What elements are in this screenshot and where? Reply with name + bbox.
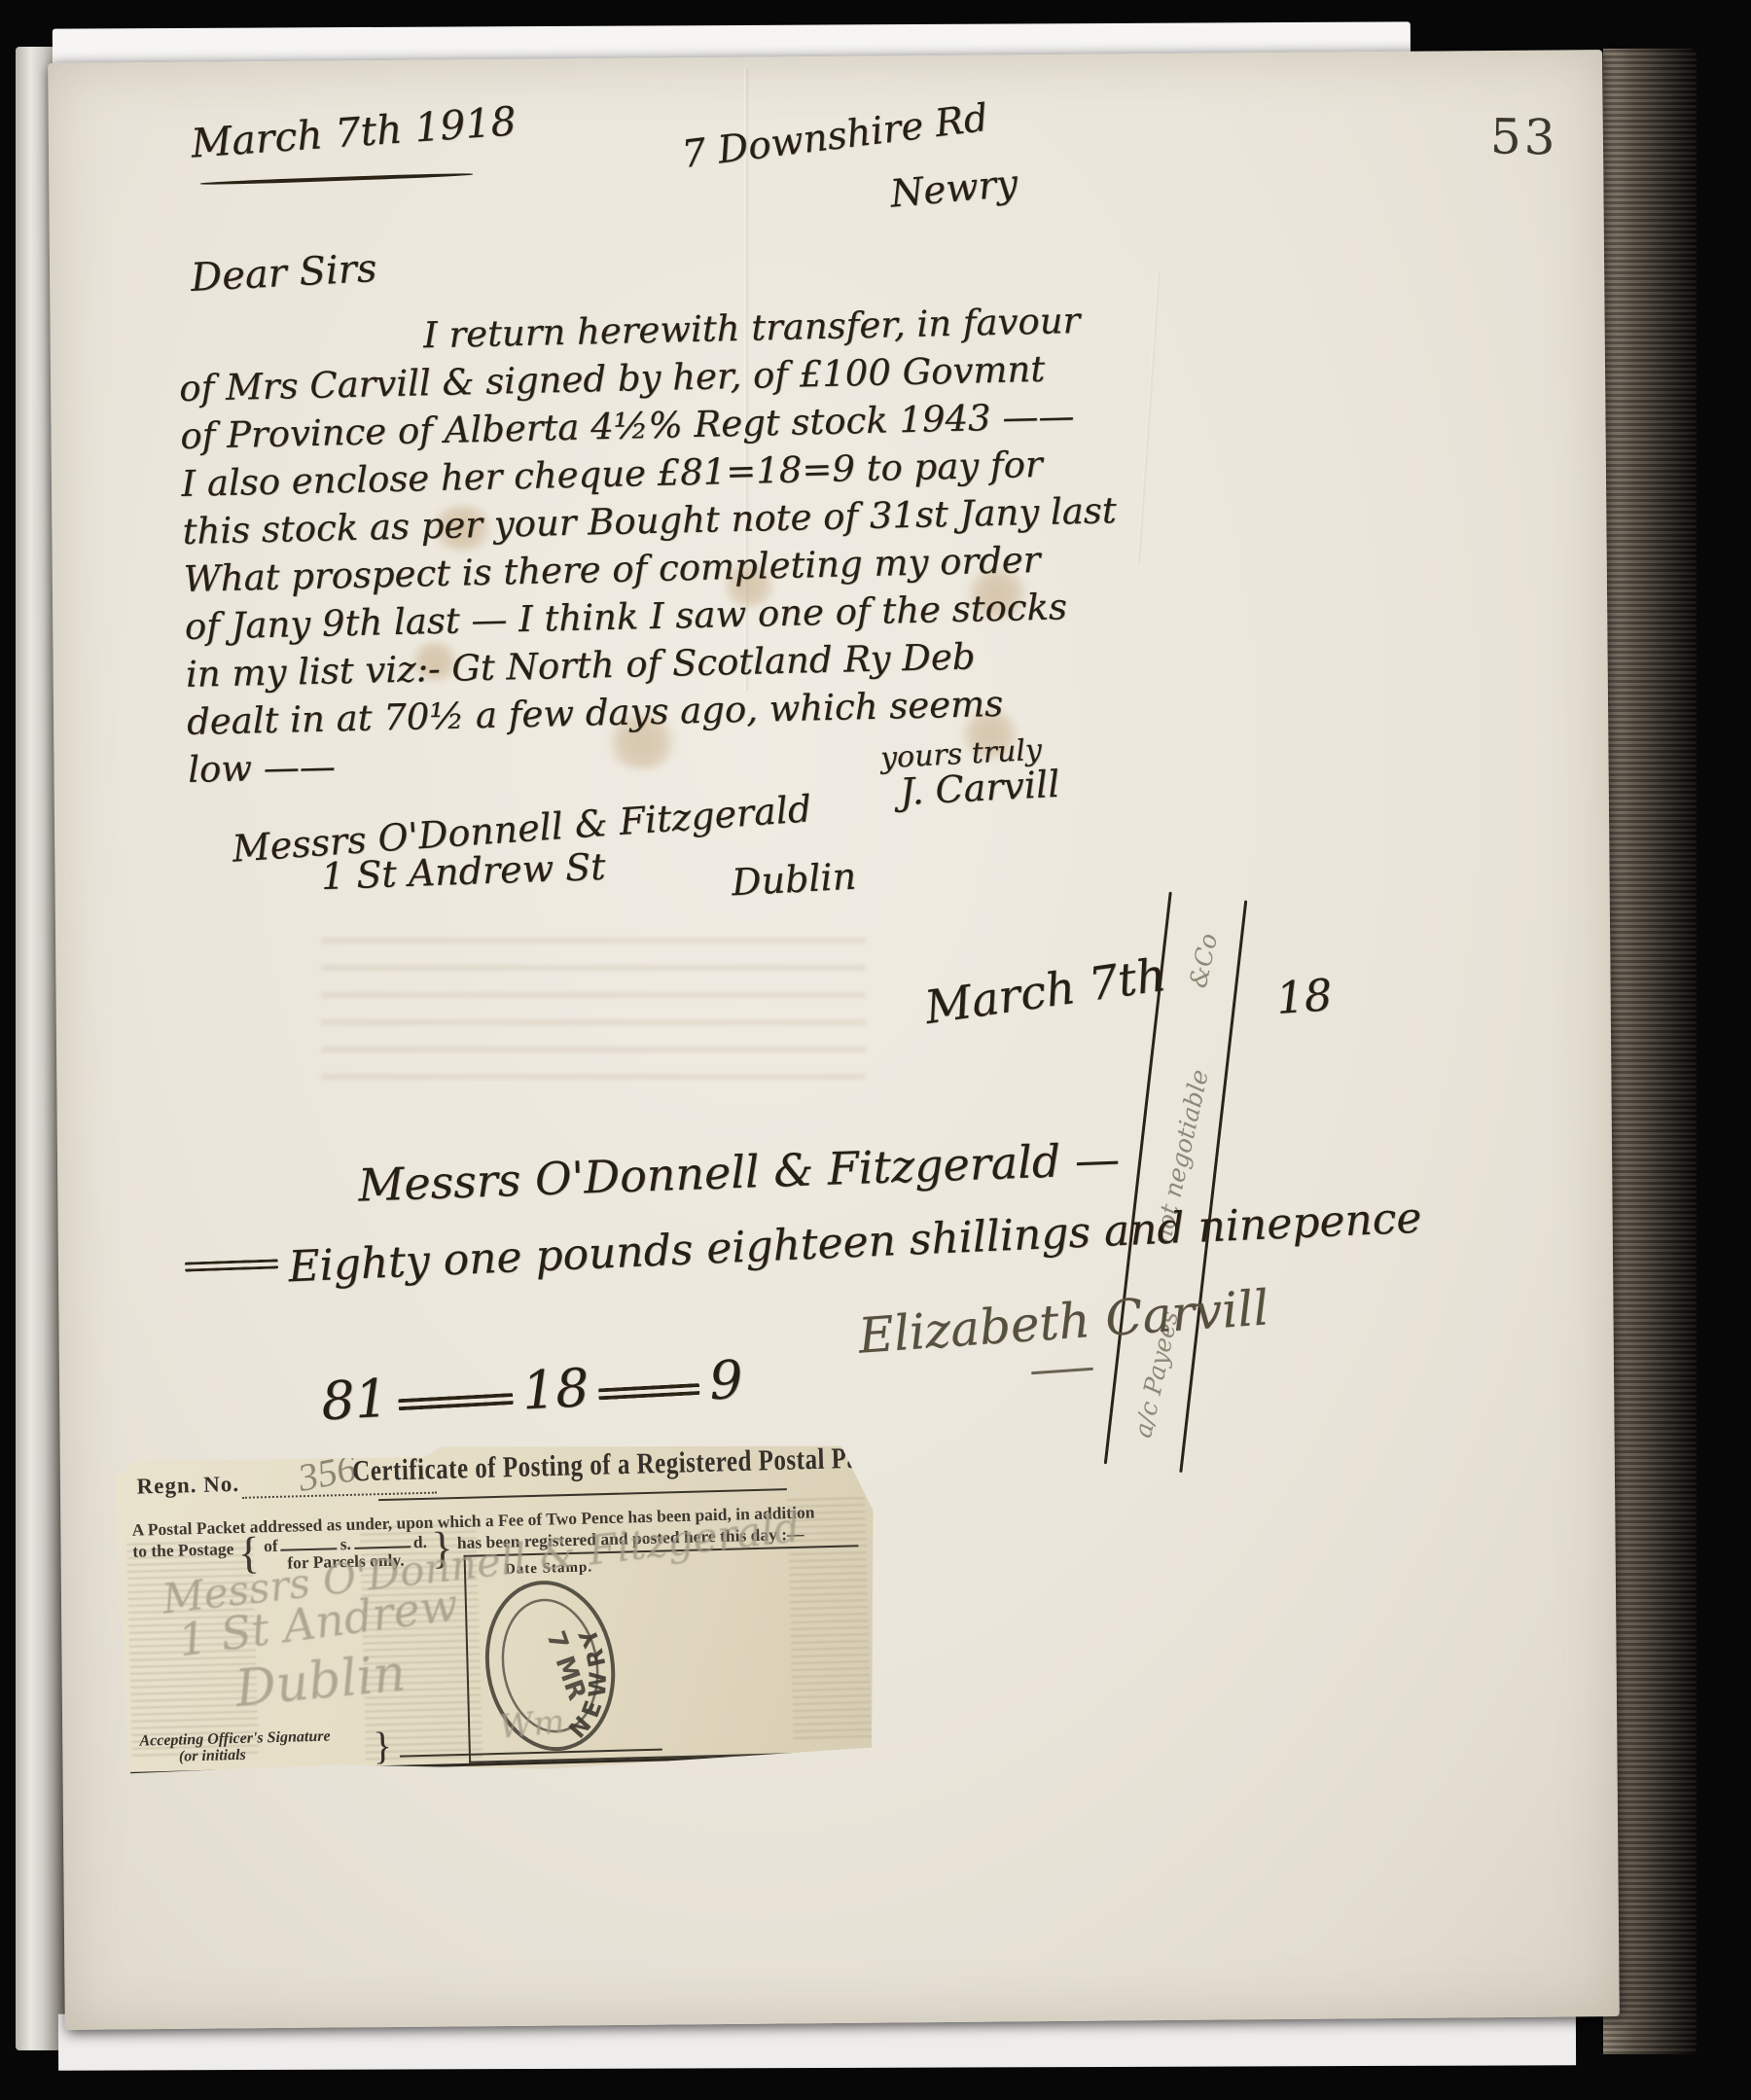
officer-label-line2: (or initials — [140, 1747, 246, 1766]
certificate-body-line2-prefix: to the Postage — [132, 1539, 234, 1561]
page-number: 53 — [1489, 108, 1558, 165]
letter-signature: J. Carvill — [899, 763, 1060, 814]
ink-bleed-through — [321, 924, 866, 1080]
figures-shillings: 18 — [520, 1357, 590, 1422]
title-underline — [378, 1488, 787, 1501]
photographed-letterbook-page: 53 March 7th 1918 7 Downshire Rd Newry D… — [0, 0, 1751, 2100]
certificate-of-posting-slip: Regn. No. 356 Certificate of Posting of … — [115, 1436, 879, 1780]
cheque-year: 18 — [1274, 969, 1334, 1024]
letter-body: I return herewith transfer, in favour of… — [178, 290, 1385, 794]
postage-shillings-blank — [281, 1548, 338, 1551]
accepting-officer-label: Accepting Officer's Signature (or initia… — [139, 1728, 331, 1766]
figures-pounds: 81 — [320, 1368, 390, 1433]
regn-no-label: Regn. No. — [136, 1472, 239, 1500]
figures-separator — [398, 1393, 513, 1410]
addressee-line3: Dublin — [731, 855, 857, 905]
figures-pence: 9 — [708, 1349, 745, 1412]
postage-of-label: of — [264, 1536, 278, 1555]
figures-separator — [598, 1383, 699, 1400]
officer-brace: } — [373, 1723, 392, 1768]
cert-pencil-initials: Wm — [497, 1702, 566, 1747]
